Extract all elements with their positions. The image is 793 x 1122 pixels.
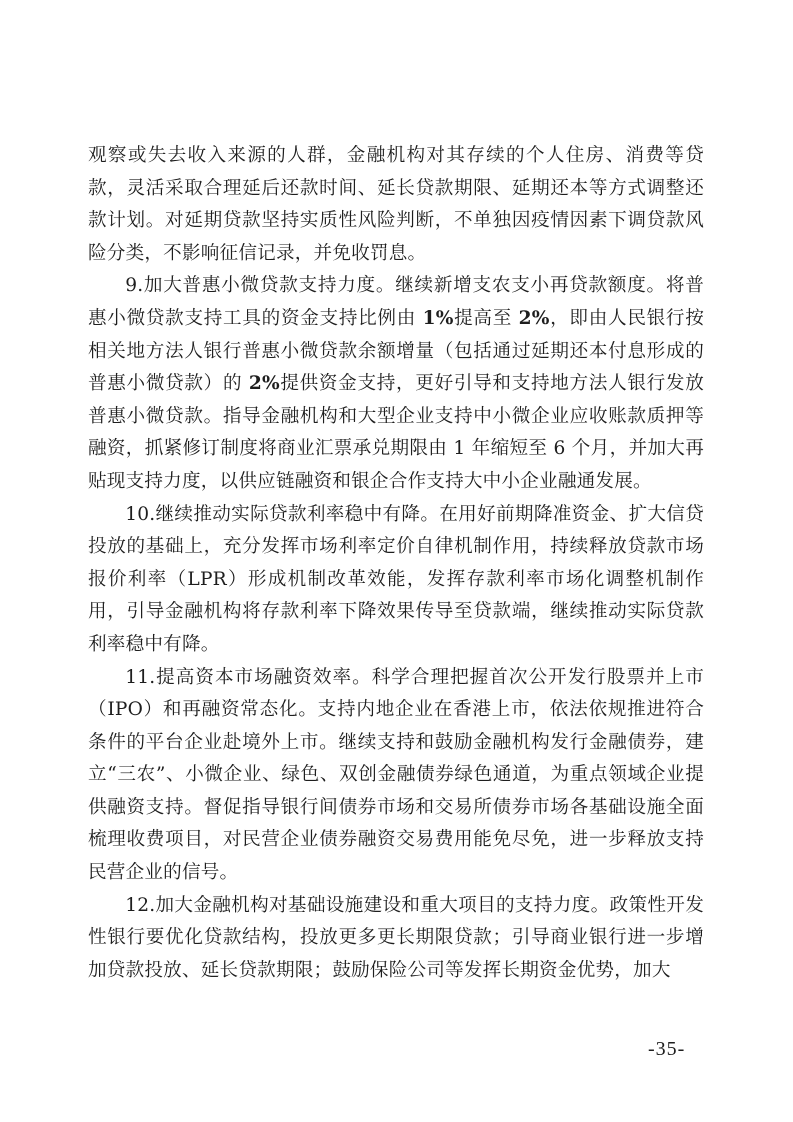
bold-percentage-value: 2% <box>249 373 280 394</box>
body-paragraph-item-10: 10.继续推动实际贷款利率稳中有降。在用好前期降准资金、扩大信贷投放的基础上，充… <box>88 499 704 662</box>
paragraph-text: 12.加大金融机构对基础设施建设和重大项目的支持力度。政策性开发性银行要优化贷款… <box>88 895 704 981</box>
paragraph-text: 10.继续推动实际贷款利率稳中有降。在用好前期降准资金、扩大信贷投放的基础上，充… <box>88 504 704 655</box>
paragraph-text: 观察或失去收入来源的人群，金融机构对其存续的个人住房、消费等贷款，灵活采取合理延… <box>88 145 704 264</box>
bold-percentage-value: 2% <box>519 308 550 329</box>
body-paragraph-item-9: 9.加大普惠小微贷款支持力度。继续新增支农支小再贷款额度。将普惠小微贷款支持工具… <box>88 270 704 498</box>
page-number: -35- <box>648 1038 685 1061</box>
body-paragraph: 观察或失去收入来源的人群，金融机构对其存续的个人住房、消费等贷款，灵活采取合理延… <box>88 140 704 270</box>
paragraph-text: 提高至 <box>454 308 519 329</box>
document-body: 观察或失去收入来源的人群，金融机构对其存续的个人住房、消费等贷款，灵活采取合理延… <box>88 140 704 987</box>
bold-percentage-value: 1% <box>423 308 454 329</box>
document-page: 观察或失去收入来源的人群，金融机构对其存续的个人住房、消费等贷款，灵活采取合理延… <box>0 0 793 1122</box>
body-paragraph-item-12: 12.加大金融机构对基础设施建设和重大项目的支持力度。政策性开发性银行要优化贷款… <box>88 890 704 988</box>
body-paragraph-item-11: 11.提高资本市场融资效率。科学合理把握首次公开发行股票并上市（IPO）和再融资… <box>88 662 704 890</box>
paragraph-text: 11.提高资本市场融资效率。科学合理把握首次公开发行股票并上市（IPO）和再融资… <box>88 667 704 884</box>
